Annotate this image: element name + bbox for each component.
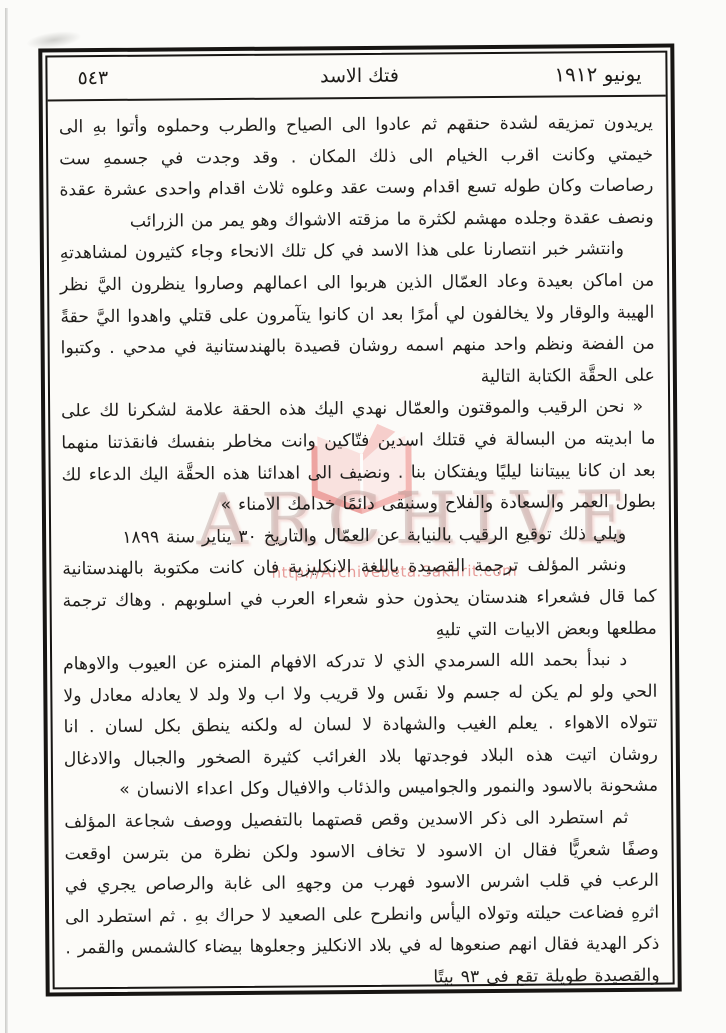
- page-inner-frame: يونيو ١٩١٢ فتك الاسد ٥٤٣ ARCHIVE http://…: [45, 51, 674, 990]
- masthead: يونيو ١٩١٢ فتك الاسد ٥٤٣: [47, 53, 665, 102]
- issue-date: يونيو ١٩١٢: [481, 62, 641, 87]
- scanned-book-page: { "colors": { "ink": "#201e1b", "frame_b…: [0, 0, 726, 1033]
- page-frame: يونيو ١٩١٢ فتك الاسد ٥٤٣ ARCHIVE http://…: [38, 44, 681, 997]
- body-paragraph: وانتشر خبر انتصارنا على هذا الاسد في كل …: [60, 234, 655, 397]
- body-paragraph-quote: « نحن الرقيب والموقتون والعمّال نهدي الي…: [61, 392, 656, 523]
- page-edge-shadow: [5, 8, 8, 1033]
- page-title: فتك الاسد: [237, 64, 481, 88]
- body-paragraph: ويلي ذلك توقيع الرقيب بالنيابة عن العمّا…: [62, 518, 656, 554]
- body-text-area: ARCHIVE http://Archivebeta.Sakhrit.com ي…: [48, 97, 673, 997]
- body-paragraph: ثم استطرد الى ذكر الاسدين وقص قصتهما بال…: [64, 803, 659, 997]
- page-number: ٥٤٣: [77, 66, 237, 89]
- body-paragraph-quote: د نبدأ بحمد الله السرمدي الذي لا تدركه ا…: [63, 645, 658, 808]
- body-paragraph: يريدون تمزيقه لشدة حنقهم ثم عادوا الى ال…: [59, 108, 654, 239]
- body-paragraph: ونشر المؤلف ترجمة القصيدة باللغة الانكلي…: [62, 550, 657, 649]
